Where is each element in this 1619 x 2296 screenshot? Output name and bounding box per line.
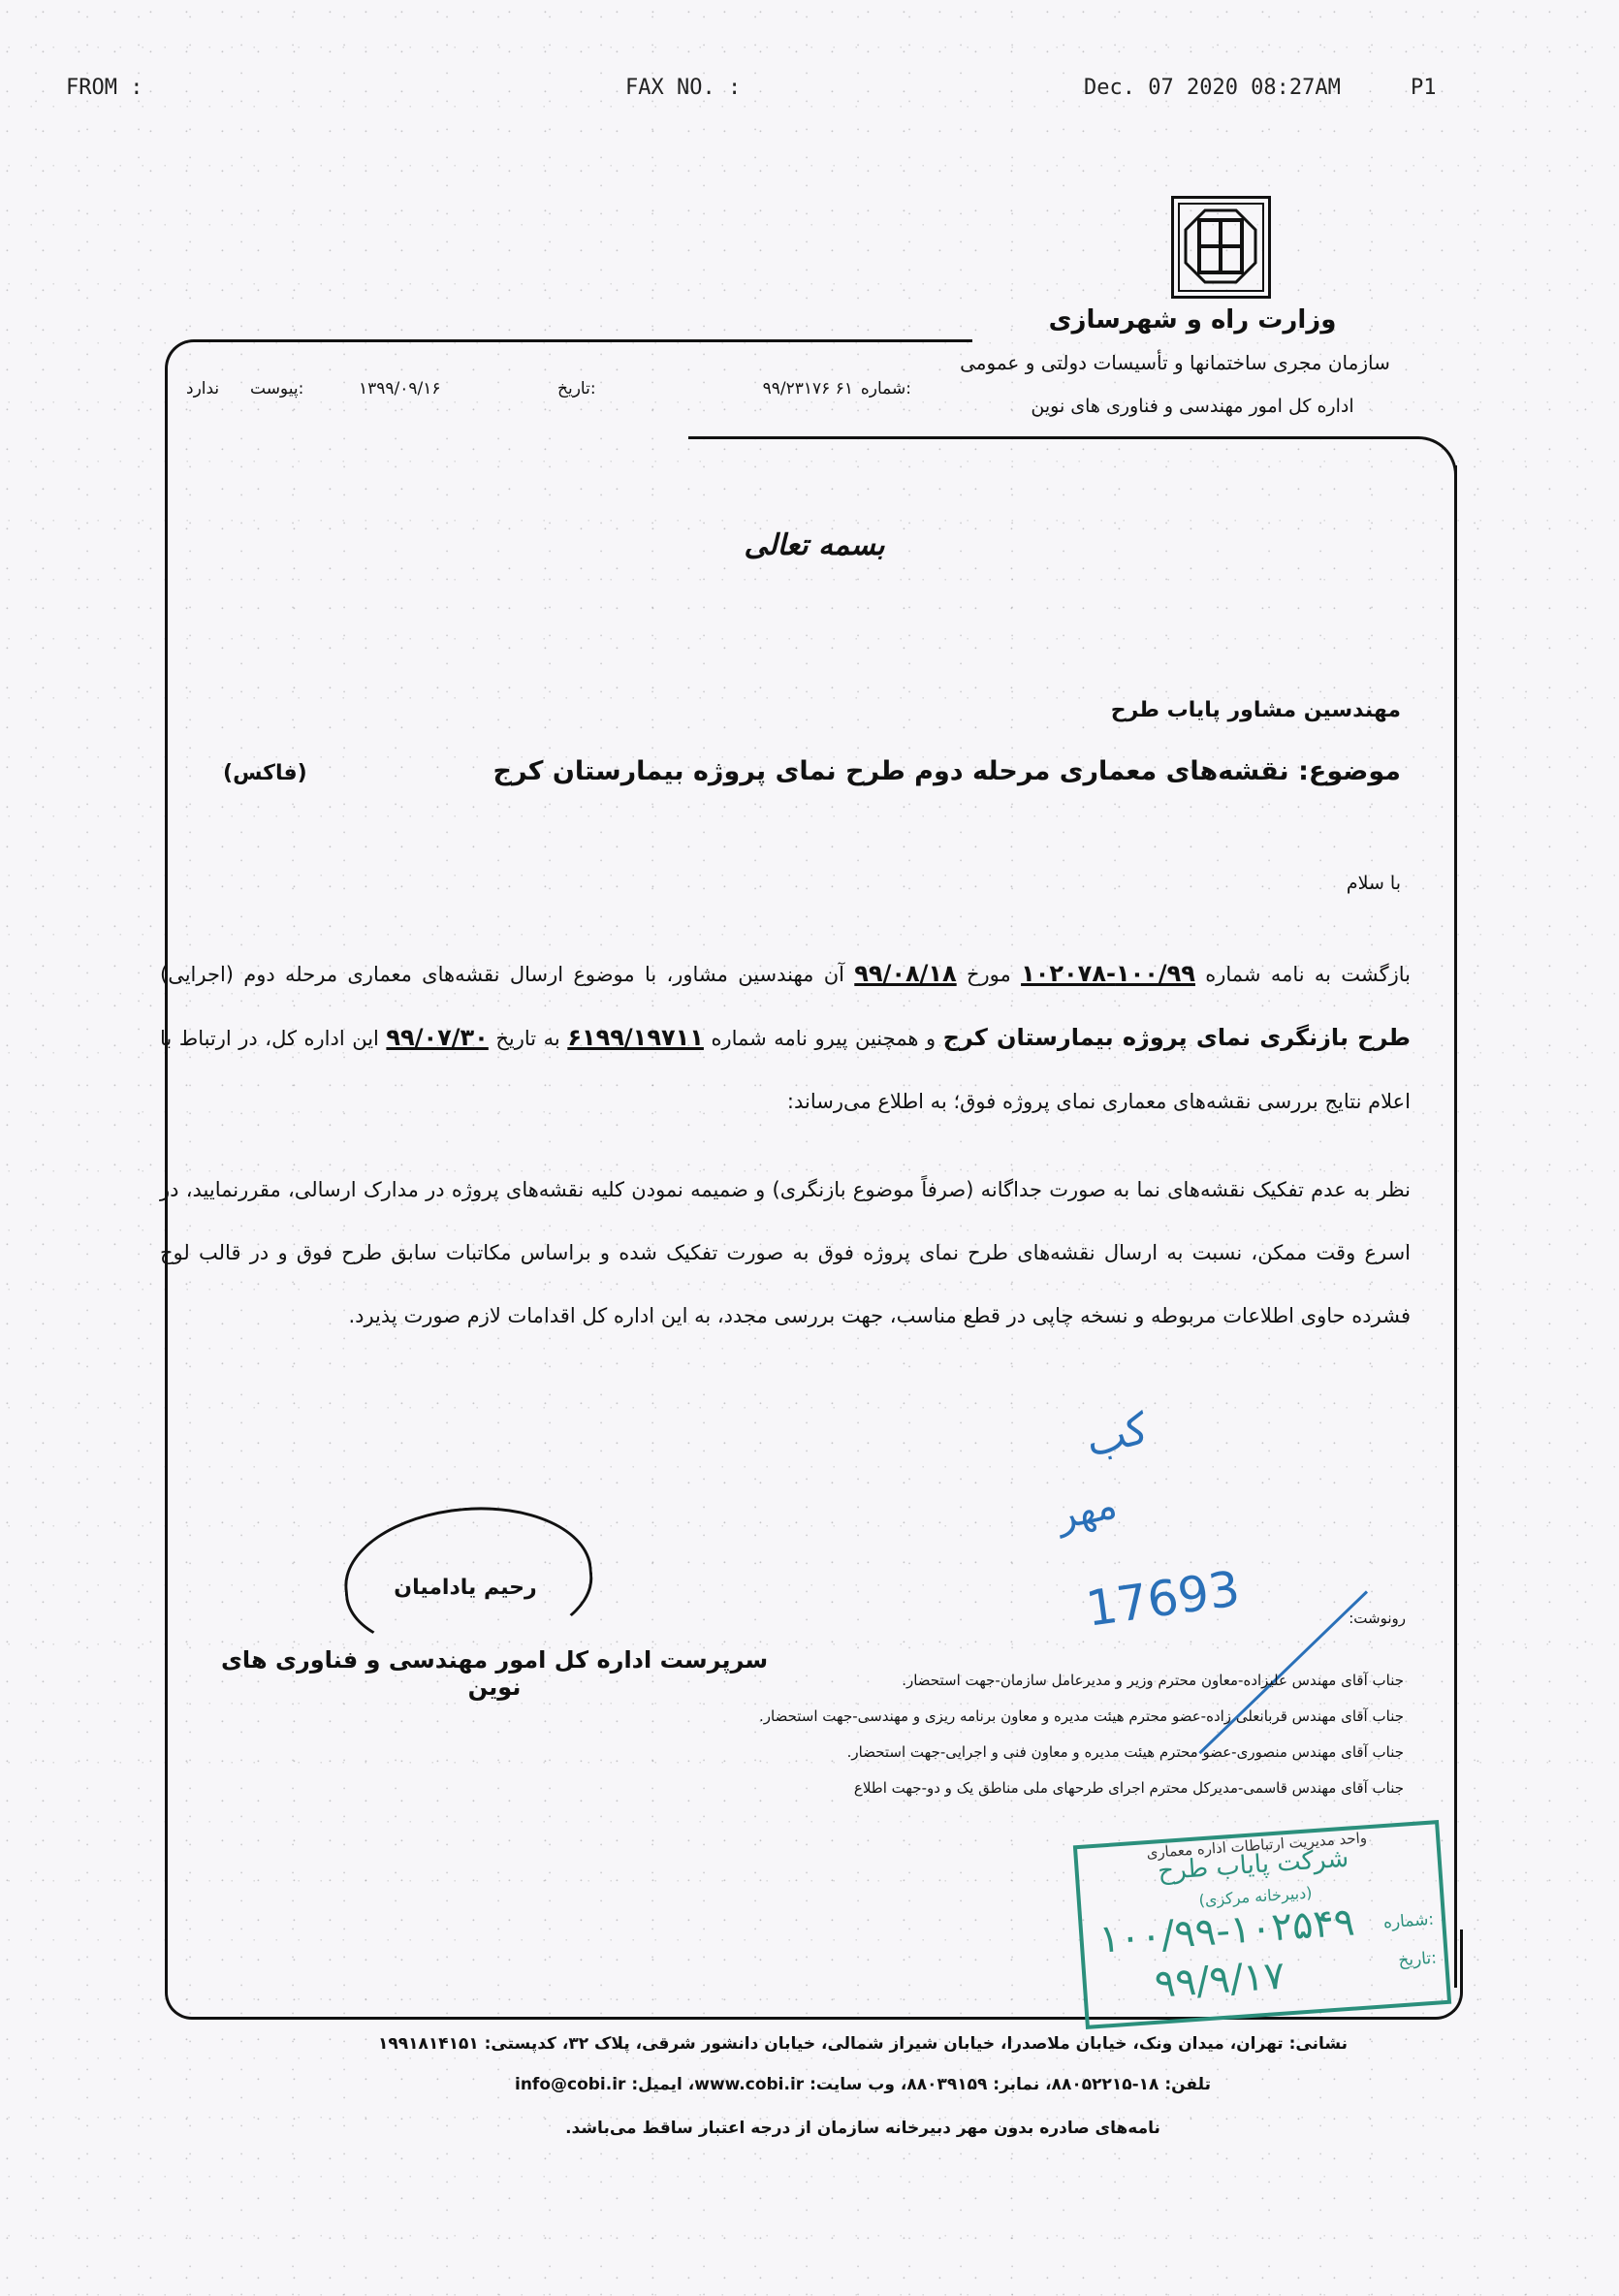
fax-page-number: P1: [1411, 76, 1437, 100]
fax-tag: (فاکس): [223, 761, 307, 785]
cc-label: رونوشت:: [1349, 1610, 1406, 1627]
subject-line: موضوع: نقشه‌های معماری مرحله دوم طرح نما…: [493, 756, 1401, 786]
receipt-stamp: واحد مدیریت ارتباطات اداره معماری شرکت پ…: [1073, 1820, 1451, 2029]
handwritten-number: 17693: [1083, 1560, 1244, 1638]
attachment-value: ندارد: [186, 379, 219, 399]
department-name: اداره کل امور مهندسی و فناوری های نوین: [940, 396, 1444, 417]
stamp-number-label: شماره:: [1382, 1910, 1434, 1933]
fax-timestamp: Dec. 07 2020 08:27AM: [1084, 76, 1341, 100]
cc-list: جناب آقای مهندس علیزاده-معاون محترم وزیر…: [473, 1663, 1404, 1806]
stamp-date: ۹۹/۹/۱۷: [1153, 1954, 1286, 2007]
date-label: تاریخ:: [557, 379, 596, 399]
ministry-name: وزارت راه و شهرسازی: [940, 305, 1444, 335]
body-paragraph-2: نظر به عدم تفکیک نقشه‌های نما به صورت جد…: [160, 1159, 1411, 1348]
project-name: طرح بازنگری نمای پروژه بیمارستان کرج: [943, 1024, 1411, 1051]
text: آن مهندسین مشاور، با موضوع ارسال نقشه‌ها…: [160, 963, 854, 986]
reference-number: ۶۱۹۹/۱۹۷۱۱: [567, 1024, 704, 1051]
text: مورخ: [957, 963, 1021, 986]
footer-address: نشانی: تهران، میدان ونک، خیابان ملاصدرا،…: [271, 2034, 1454, 2054]
handwritten-note: کب: [1080, 1404, 1153, 1468]
reference-date: ۹۹/۰۷/۳۰: [386, 1024, 488, 1051]
stamp-date-label: تاریخ:: [1398, 1949, 1438, 1971]
footer-contact: تلفن: ۱۸-۸۸۰۵۲۲۱۵، نمابر: ۸۸۰۳۹۱۵۹، وب س…: [271, 2075, 1454, 2094]
cc-item: جناب آقای مهندس منصوری-عضو محترم هیئت مد…: [473, 1735, 1404, 1770]
cc-item: جناب آقای مهندس قربانعلی زاده-عضو محترم …: [473, 1699, 1404, 1735]
bismillah-heading: بسمه تعالی: [717, 528, 911, 562]
ministry-emblem-icon: [1171, 196, 1271, 299]
recipient: مهندسین مشاور پایاب طرح: [1111, 698, 1401, 722]
text: بازگشت به نامه شماره: [1195, 963, 1411, 986]
greeting: با سلام: [1347, 873, 1401, 894]
signatory-name: رحیم یادامیان: [344, 1576, 587, 1600]
cc-item: جناب آقای مهندس علیزاده-معاون محترم وزیر…: [473, 1663, 1404, 1699]
reference-number: ۱۰۰/۹۹-۱۰۲۰۷۸: [1021, 960, 1195, 987]
letter-number: ۶۱ ۹۹/۲۳۱۷۶: [763, 379, 853, 399]
number-label: شماره:: [861, 379, 911, 399]
letter-meta: شماره: ۶۱ ۹۹/۲۳۱۷۶ تاریخ: ۱۳۹۹/۰۹/۱۶ پیو…: [175, 373, 969, 408]
text: به تاریخ: [489, 1027, 567, 1050]
body-paragraph-1: بازگشت به نامه شماره ۱۰۰/۹۹-۱۰۲۰۷۸ مورخ …: [160, 942, 1411, 1133]
fax-from-label: FROM :: [66, 76, 143, 100]
text: و همچنین پیرو نامه شماره: [704, 1027, 943, 1050]
fax-header: FROM : FAX NO. : Dec. 07 2020 08:27AM P1: [0, 68, 1619, 107]
cc-item: جناب آقای مهندس قاسمی-مدیرکل محترم اجرای…: [473, 1770, 1404, 1806]
attachment-label: پیوست:: [250, 379, 303, 399]
letter-date: ۱۳۹۹/۰۹/۱۶: [359, 379, 441, 399]
handwritten-note: مهر: [1053, 1483, 1121, 1539]
reference-date: ۹۹/۰۸/۱۸: [854, 960, 956, 987]
footer-notice: نامه‌های صادره بدون مهر دبیرخانه سازمان …: [271, 2119, 1454, 2138]
frame-border: [1454, 465, 1457, 1988]
subject-text: نقشه‌های معماری مرحله دوم طرح نمای پروژه…: [493, 756, 1289, 786]
fax-number-label: FAX NO. :: [625, 76, 741, 100]
subject-label: موضوع:: [1298, 756, 1401, 786]
organization-name: سازمان مجری ساختمانها و تأسیسات دولتی و …: [904, 351, 1446, 374]
frame-border: [688, 436, 1457, 497]
